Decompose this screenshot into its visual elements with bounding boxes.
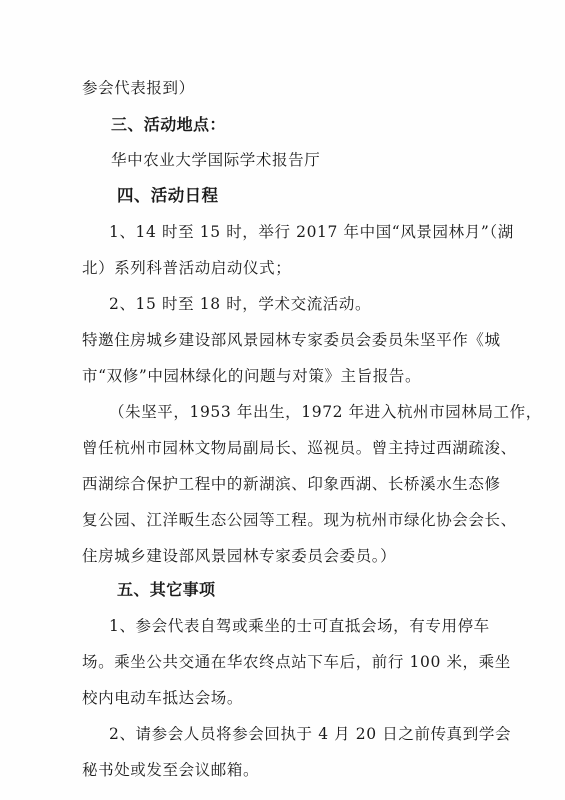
- other-item-1-continuation: 场。乘坐公共交通在华农终点站下车后，前行 100 米，乘坐: [82, 652, 511, 672]
- section-heading-other-matters: 五、其它事项: [117, 580, 215, 600]
- document-page: 参会代表报到） 三、活动地点： 华中农业大学国际学术报告厅 四、活动日程 1、1…: [0, 0, 565, 800]
- other-item-1-continuation-2: 校内电动车抵达会场。: [82, 688, 243, 708]
- keynote-text-continuation: 市“双修”中园林绿化的问题与对策》主旨报告。: [82, 366, 421, 386]
- keynote-text: 特邀住房城乡建设部风景园林专家委员会委员朱坚平作《城: [82, 330, 501, 350]
- venue-text: 华中农业大学国际学术报告厅: [111, 150, 320, 170]
- speaker-bio-line-4: 复公园、江洋畈生态公园等工程。现为杭州市绿化协会会长、: [82, 510, 517, 530]
- speaker-bio-line-3: 西湖综合保护工程中的新湖滨、印象西湖、长桥溪水生态修: [82, 474, 501, 494]
- schedule-item-1: 1、14 时至 15 时，举行 2017 年中国“风景园林月”（湖: [109, 222, 514, 242]
- section-heading-schedule: 四、活动日程: [117, 186, 218, 206]
- speaker-bio-line-2: 曾任杭州市园林文物局副局长、巡视员。曾主持过西湖疏浚、: [82, 438, 517, 458]
- other-item-2: 2、请参会人员将参会回执于 4 月 20 日之前传真到学会: [109, 724, 511, 744]
- registration-text-continuation: 参会代表报到）: [82, 78, 195, 98]
- schedule-item-2: 2、15 时至 18 时，学术交流活动。: [109, 294, 371, 314]
- section-heading-venue: 三、活动地点：: [111, 115, 226, 135]
- other-item-2-continuation: 秘书处或发至会议邮箱。: [82, 760, 259, 780]
- other-item-1: 1、参会代表自驾或乘坐的士可直抵会场，有专用停车: [109, 616, 490, 636]
- schedule-item-1-continuation: 北）系列科普活动启动仪式；: [82, 258, 291, 278]
- speaker-bio-line-1: （朱坚平，1953 年出生，1972 年进入杭州市园林局工作，: [109, 402, 542, 422]
- speaker-bio-line-5: 住房城乡建设部风景园林专家委员会委员。）: [82, 546, 396, 566]
